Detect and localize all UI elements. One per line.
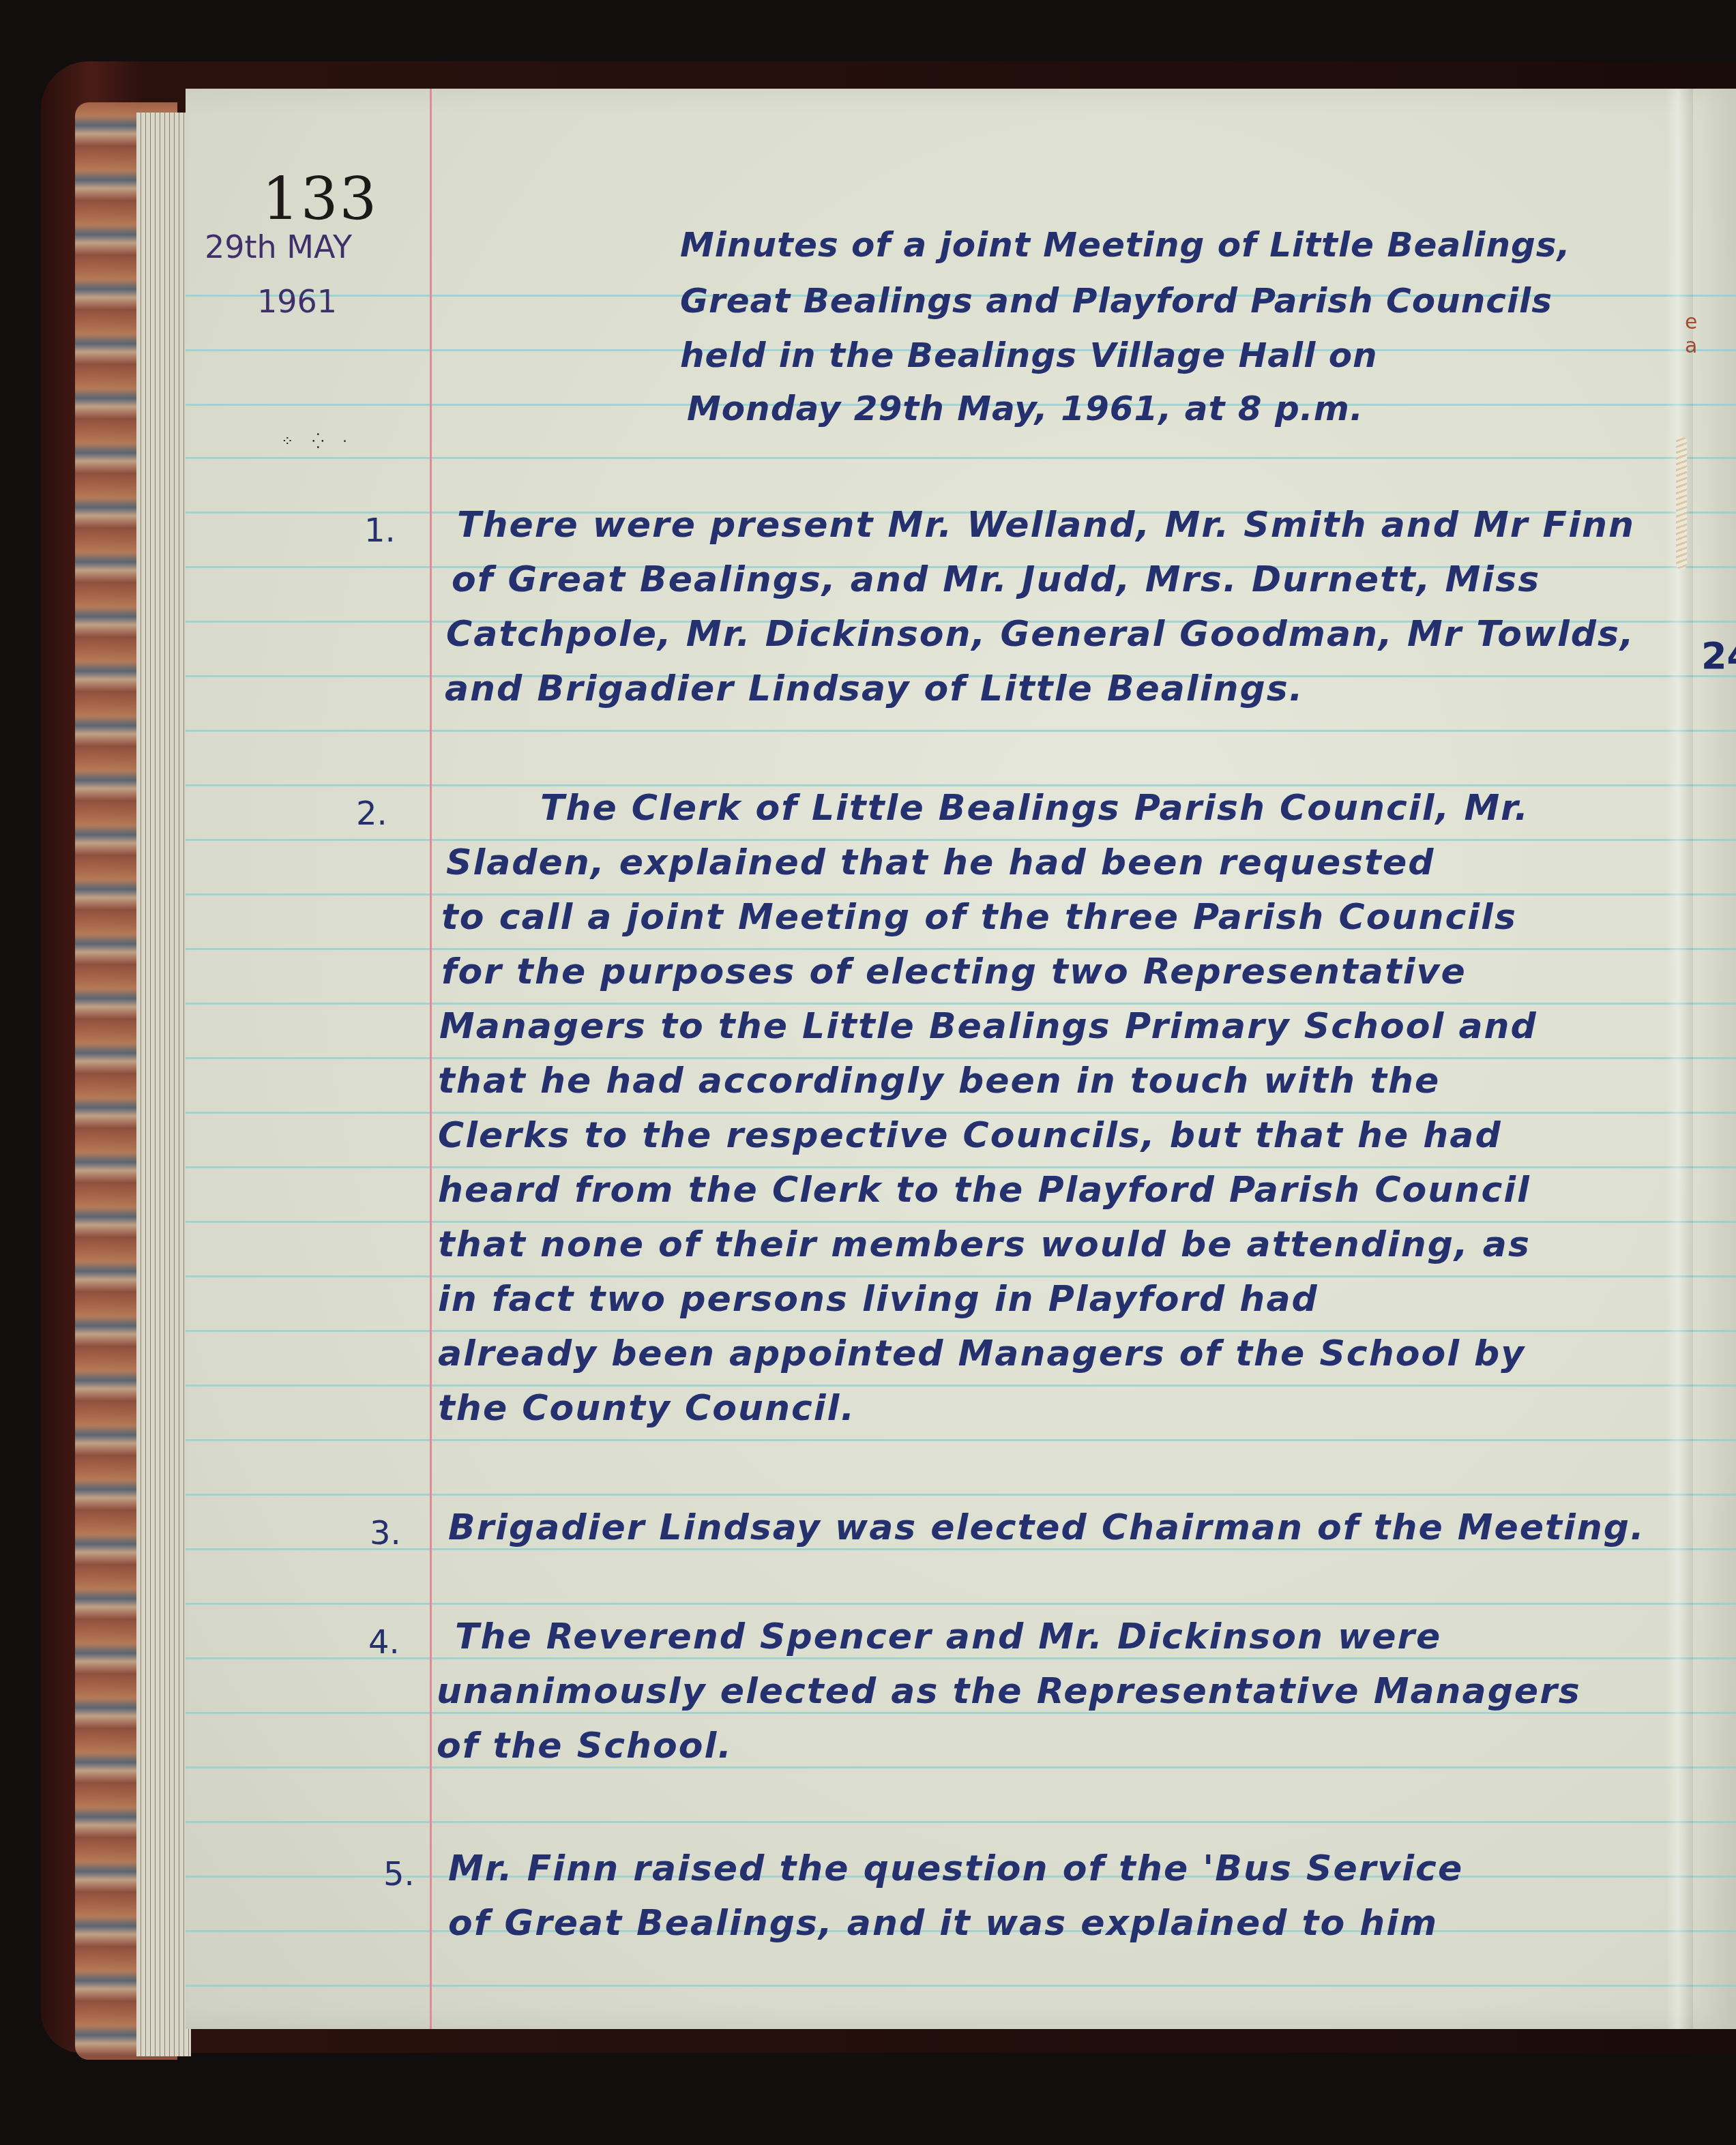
heading-line: Great Bealings and Playford Parish Counc… — [680, 281, 1553, 321]
ink-specks: ⁘ ⁛ · — [281, 433, 354, 450]
ruled-line — [186, 1766, 1736, 1769]
item-line: the County Council. — [438, 1388, 855, 1429]
ruled-line — [186, 1821, 1736, 1823]
ruled-line — [186, 839, 1736, 841]
ruled-line — [186, 1548, 1736, 1550]
book-gutter — [1666, 89, 1693, 2029]
ruled-line — [186, 1985, 1736, 1987]
item-line: and Brigadier Lindsay of Little Bealings… — [445, 668, 1304, 709]
item-line: Mr. Finn raised the question of the 'Bus… — [448, 1848, 1463, 1889]
ruled-line — [186, 948, 1736, 950]
item-line: Catchpole, Mr. Dickinson, General Goodma… — [446, 614, 1635, 655]
item-line: Sladen, explained that he had been reque… — [446, 842, 1435, 883]
item-line: to call a joint Meeting of the three Par… — [441, 897, 1517, 938]
item-line: that none of their members would be atte… — [438, 1224, 1531, 1265]
red-margin-line — [430, 89, 432, 2029]
heading-line: held in the Bealings Village Hall on — [680, 336, 1378, 375]
item-line: The Reverend Spencer and Mr. Dickinson w… — [455, 1616, 1441, 1657]
binding-stitch — [1676, 437, 1687, 569]
ruled-line — [186, 1439, 1736, 1441]
item-line: Brigadier Lindsay was elected Chairman o… — [448, 1507, 1645, 1548]
page-number: 133 — [262, 165, 378, 233]
item-number: 4. — [368, 1623, 400, 1661]
ruled-line — [186, 1657, 1736, 1659]
ruled-line — [186, 1385, 1736, 1387]
item-line: in fact two persons living in Playford h… — [438, 1279, 1319, 1320]
ruled-line — [186, 1112, 1736, 1114]
item-line: of Great Bealings, and Mr. Judd, Mrs. Du… — [452, 559, 1540, 600]
ruled-line — [186, 1166, 1736, 1168]
item-line: Managers to the Little Bealings Primary … — [439, 1006, 1538, 1047]
item-line: Clerks to the respective Councils, but t… — [438, 1115, 1502, 1156]
item-number: 2. — [356, 795, 387, 833]
ruled-line — [186, 784, 1736, 786]
item-number: 3. — [370, 1514, 401, 1552]
ruled-line — [186, 1330, 1736, 1332]
margin-date-day: 29th MAY — [205, 228, 352, 265]
item-line: for the purposes of electing two Represe… — [441, 951, 1467, 992]
ruled-line — [186, 1003, 1736, 1005]
ruled-line — [186, 1057, 1736, 1059]
ruled-line — [186, 893, 1736, 896]
margin-date-year: 1961 — [257, 283, 337, 320]
item-line: of the School. — [437, 1726, 733, 1766]
heading-line: Monday 29th May, 1961, at 8 p.m. — [687, 389, 1364, 428]
item-line: The Clerk of Little Bealings Parish Coun… — [540, 788, 1529, 829]
ruled-line — [186, 1494, 1736, 1496]
ruled-line — [186, 1712, 1736, 1714]
item-line: already been appointed Managers of the S… — [438, 1333, 1525, 1374]
item-line: that he had accordingly been in touch wi… — [438, 1061, 1440, 1101]
item-number: 5. — [383, 1855, 415, 1893]
ruled-line — [186, 1221, 1736, 1223]
item-line: heard from the Clerk to the Playford Par… — [438, 1170, 1531, 1211]
page-stack — [136, 113, 191, 2056]
ruled-line — [186, 1275, 1736, 1277]
item-line: of Great Bealings, and it was explained … — [448, 1903, 1438, 1944]
gutter-mark: a — [1685, 334, 1697, 358]
item-number: 1. — [364, 512, 396, 550]
item-line: There were present Mr. Welland, Mr. Smit… — [457, 505, 1635, 546]
item-line: unanimously elected as the Representativ… — [437, 1671, 1581, 1712]
heading-line: Minutes of a joint Meeting of Little Bea… — [680, 225, 1571, 265]
gutter-mark: e — [1685, 310, 1697, 334]
ruled-line — [186, 457, 1736, 459]
ruled-line — [186, 730, 1736, 732]
facing-page-note: 24 — [1701, 634, 1736, 677]
ruled-line — [186, 1603, 1736, 1605]
ledger-page: 133 29th MAY 1961 ⁘ ⁛ · Minutes of a joi… — [186, 89, 1736, 2029]
